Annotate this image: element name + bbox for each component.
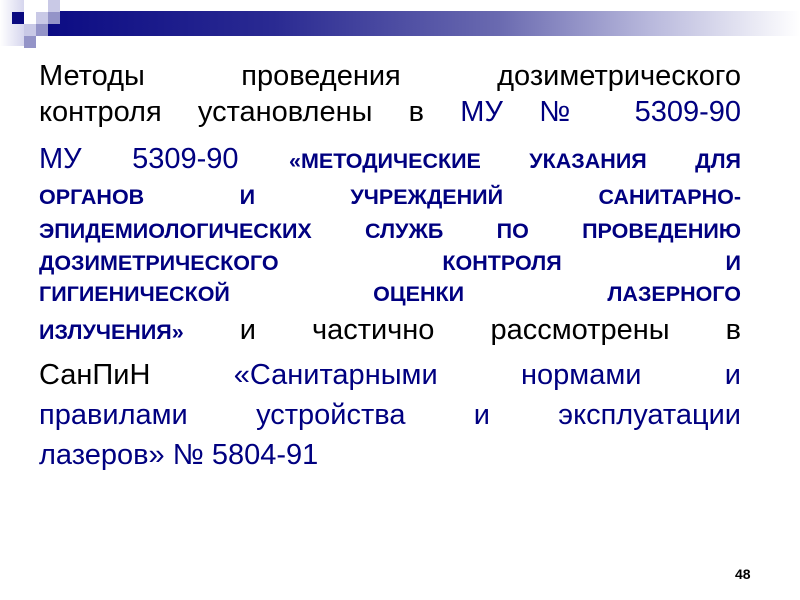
decor-square — [48, 0, 60, 12]
header-bar — [48, 11, 800, 36]
text-line: ОРГАНОВ И УЧРЕЖДЕНИЙ САНИТАРНО- — [39, 187, 741, 209]
text-line: лазеров» № 5804-91 — [39, 441, 741, 470]
document-title: ОРГАНОВ И УЧРЕЖДЕНИЙ САНИТАРНО- — [39, 185, 741, 209]
text-segment: Методы проведения дозиметрического — [39, 60, 741, 92]
document-title: ДОЗИМЕТРИЧЕСКОГО КОНТРОЛЯ И — [39, 251, 741, 275]
text-line: Методы проведения дозиметрического — [39, 62, 741, 91]
document-reference: МУ № 5309-90 — [460, 96, 741, 128]
decor-square — [36, 12, 48, 24]
text-line: ДОЗИМЕТРИЧЕСКОГО КОНТРОЛЯ И — [39, 253, 741, 275]
text-segment: и частично рассмотрены в — [184, 314, 741, 346]
text-line: МУ 5309-90 «МЕТОДИЧЕСКИЕ УКАЗАНИЯ ДЛЯ — [39, 145, 741, 174]
page-number: 48 — [735, 566, 751, 582]
document-title: «МЕТОДИЧЕСКИЕ УКАЗАНИЯ ДЛЯ — [289, 149, 741, 173]
decor-square — [24, 36, 36, 48]
regulation-title: лазеров» № 5804-91 — [39, 439, 318, 471]
decor-square — [48, 12, 60, 24]
document-title: ЭПИДЕМИОЛОГИЧЕСКИХ СЛУЖБ ПО ПРОВЕДЕНИЮ — [39, 219, 741, 243]
regulation-title: «Санитарными нормами и — [234, 359, 741, 391]
decor-square — [36, 24, 48, 36]
regulation-title: правилами устройства и эксплуатации — [39, 399, 741, 431]
decor-square — [24, 24, 36, 36]
text-segment: СанПиН — [39, 359, 234, 391]
document-title: ИЗЛУЧЕНИЯ» — [39, 320, 184, 344]
text-line: контроля установлены в МУ № 5309-90 — [39, 98, 741, 127]
document-reference: МУ 5309-90 — [39, 143, 289, 175]
header-decoration — [0, 0, 800, 50]
text-segment: контроля установлены в — [39, 96, 460, 128]
text-line: ГИГИЕНИЧЕСКОЙ ОЦЕНКИ ЛАЗЕРНОГО — [39, 284, 741, 306]
text-line: правилами устройства и эксплуатации — [39, 401, 741, 430]
decor-square — [12, 12, 24, 24]
text-line: ЭПИДЕМИОЛОГИЧЕСКИХ СЛУЖБ ПО ПРОВЕДЕНИЮ — [39, 221, 741, 243]
text-line: СанПиН «Санитарными нормами и — [39, 361, 741, 390]
document-title: ГИГИЕНИЧЕСКОЙ ОЦЕНКИ ЛАЗЕРНОГО — [39, 282, 741, 306]
text-line: ИЗЛУЧЕНИЯ» и частично рассмотрены в — [39, 316, 741, 345]
